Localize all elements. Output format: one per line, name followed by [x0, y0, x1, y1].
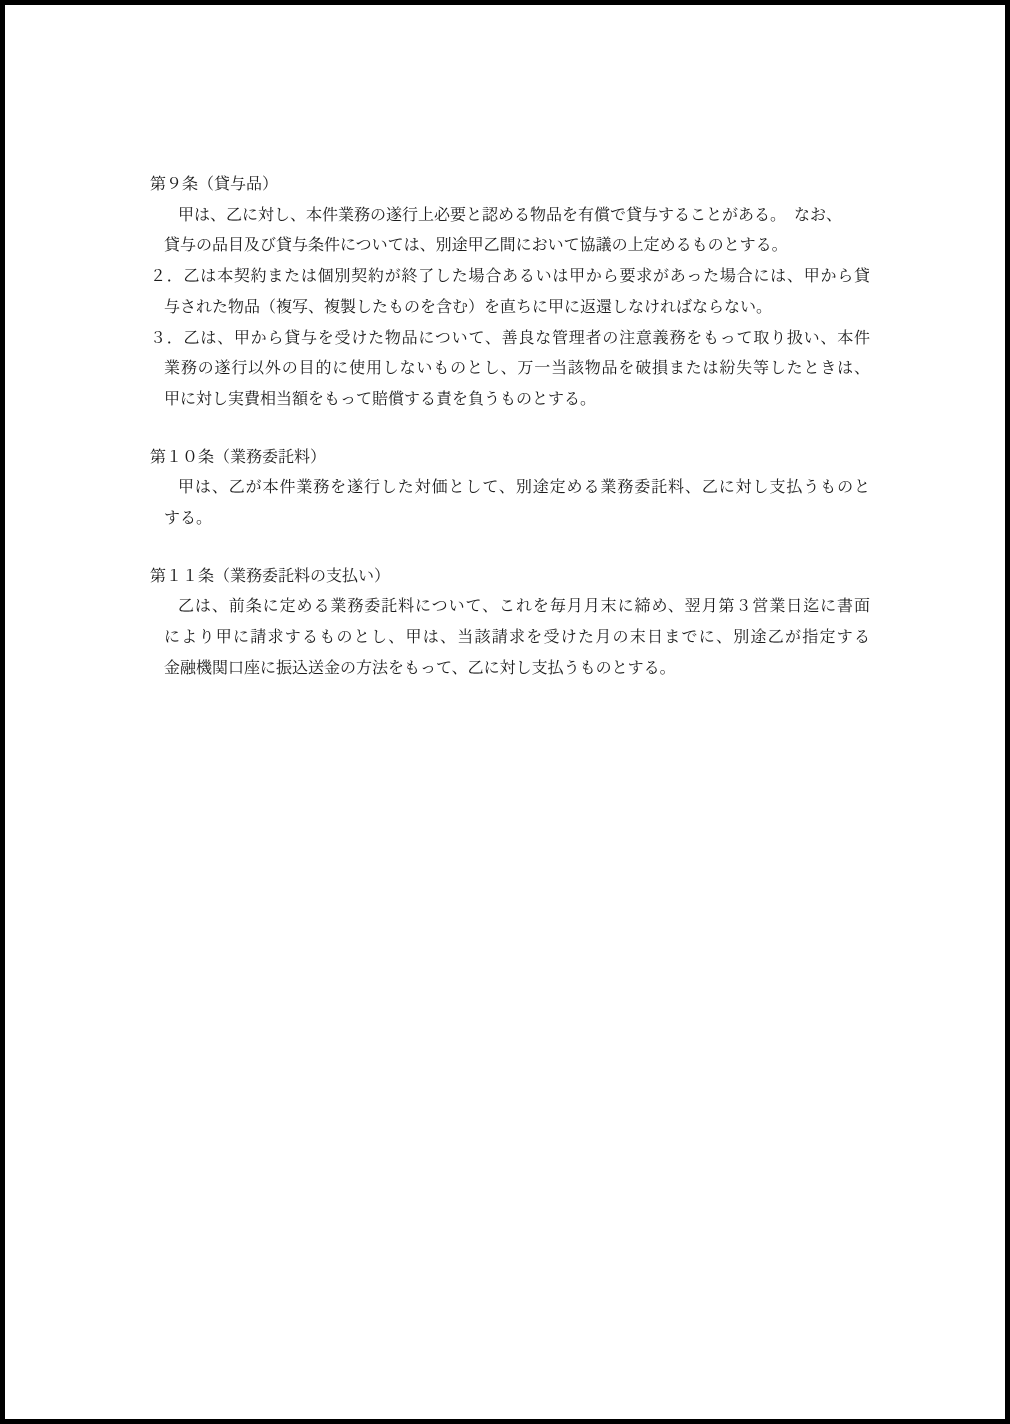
text-line: する。	[150, 504, 870, 535]
article-section: 第９条（貸与品）甲は、乙に対し、本件業務の遂行上必要と認める物品を有償で貸与する…	[150, 170, 870, 416]
article-section: 第１１条（業務委託料の支払い）乙は、前条に定める業務委託料について、これを毎月月…	[150, 562, 870, 685]
article-heading: 第９条（貸与品）	[150, 170, 870, 201]
text-line: 貸与の品目及び貸与条件については、別途甲乙間において協議の上定めるものとする。	[150, 231, 870, 262]
text-line: 乙は、前条に定める業務委託料について、これを毎月月末に締め、翌月第３営業日迄に書…	[150, 592, 870, 623]
article-heading: 第１１条（業務委託料の支払い）	[150, 562, 870, 593]
text-line: により甲に請求するものとし、甲は、当該請求を受けた月の末日までに、別途乙が指定す…	[150, 623, 870, 654]
text-line: 甲は、乙が本件業務を遂行した対価として、別途定める業務委託料、乙に対し支払うもの…	[150, 473, 870, 504]
text-line: 甲は、乙に対し、本件業務の遂行上必要と認める物品を有償で貸与することがある。 な…	[150, 201, 870, 232]
document-page: 第９条（貸与品）甲は、乙に対し、本件業務の遂行上必要と認める物品を有償で貸与する…	[0, 0, 1010, 1424]
text-line: 業務の遂行以外の目的に使用しないものとし、万一当該物品を破損または紛失等したとき…	[150, 354, 870, 385]
text-line: ２．乙は本契約または個別契約が終了した場合あるいは甲から要求があった場合には、甲…	[150, 262, 870, 293]
article-section: 第１０条（業務委託料）甲は、乙が本件業務を遂行した対価として、別途定める業務委託…	[150, 443, 870, 535]
text-line: 甲に対し実費相当額をもって賠償する責を負うものとする。	[150, 385, 870, 416]
text-line: 金融機関口座に振込送金の方法をもって、乙に対し支払うものとする。	[150, 654, 870, 685]
document-body: 第９条（貸与品）甲は、乙に対し、本件業務の遂行上必要と認める物品を有償で貸与する…	[5, 5, 1005, 1419]
text-line: 与された物品（複写、複製したものを含む）を直ちに甲に返還しなければならない。	[150, 293, 870, 324]
text-line: ３．乙は、甲から貸与を受けた物品について、善良な管理者の注意義務をもって取り扱い…	[150, 324, 870, 355]
article-heading: 第１０条（業務委託料）	[150, 443, 870, 474]
